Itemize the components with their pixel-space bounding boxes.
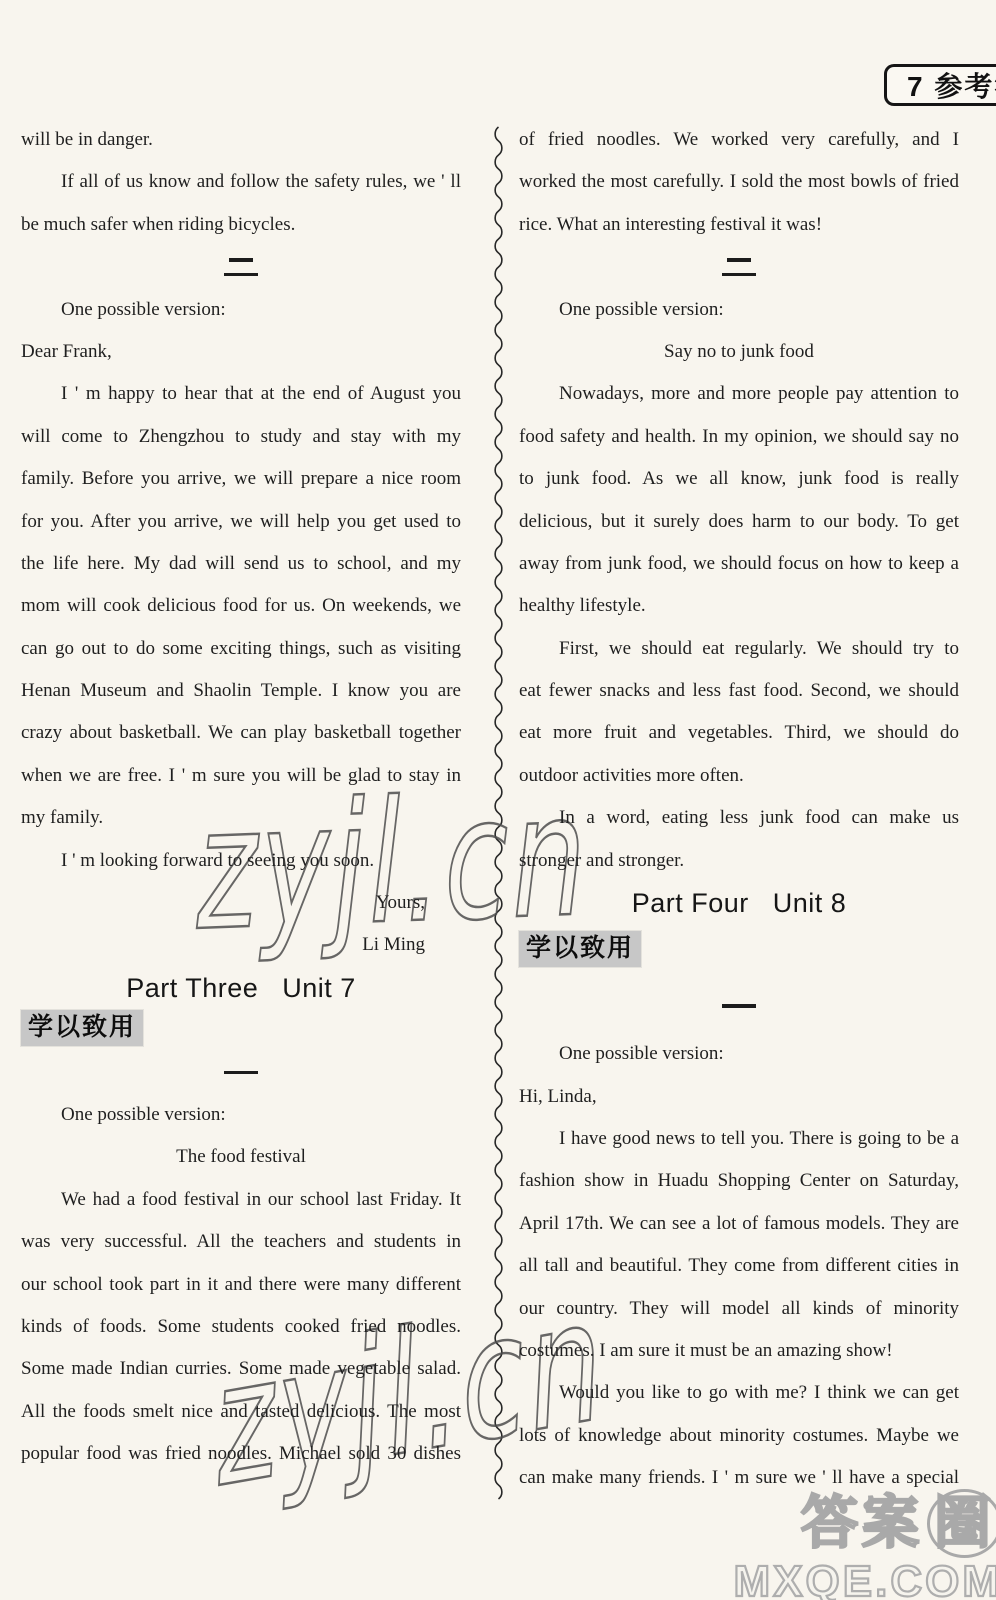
- section-badge-line: 学以致用: [519, 930, 959, 972]
- marker-bar: [722, 1004, 756, 1007]
- text-line: away from junk food, we should focus on …: [519, 543, 959, 585]
- text-line: my family.: [21, 797, 461, 839]
- text-line: can go out to do some exciting things, s…: [21, 628, 461, 670]
- text-line: worked the most carefully. I sold the mo…: [519, 161, 959, 203]
- section-number-marker: [21, 1052, 461, 1094]
- part-unit-heading: Part Four Unit 8: [519, 882, 959, 924]
- left-text-column: will be in danger.If all of us know and …: [21, 119, 461, 1476]
- text-line: One possible version:: [21, 289, 461, 331]
- text-line: stronger and stronger.: [519, 840, 959, 882]
- text-line: If all of us know and follow the safety …: [21, 161, 461, 203]
- text-line: fashion show in Huadu Shopping Center on…: [519, 1160, 959, 1202]
- marker-bar: [722, 273, 756, 276]
- answer-key-page: zyjl.cn zyjl.cn 答案圈 MXQE.COM 7 参考答 will …: [0, 0, 996, 1600]
- text-line: Dear Frank,: [21, 331, 461, 373]
- marker-bar: [229, 258, 253, 261]
- text-line: All the foods smelt nice and tasted deli…: [21, 1391, 461, 1433]
- text-line: will come to Zhengzhou to study and stay…: [21, 416, 461, 458]
- text-line: April 17th. We can see a lot of famous m…: [519, 1203, 959, 1245]
- text-line: I ' m happy to hear that at the end of A…: [21, 373, 461, 415]
- marker-bar: [224, 273, 258, 276]
- text-line: Say no to junk food: [519, 331, 959, 373]
- text-line: kinds of foods. Some students cooked fri…: [21, 1306, 461, 1348]
- text-line: to junk food. As we all know, junk food …: [519, 458, 959, 500]
- text-line: eat fewer snacks and less fast food. Sec…: [519, 670, 959, 712]
- marker-bar: [224, 1071, 258, 1074]
- section-number-marker: [519, 985, 959, 1027]
- text-line: the life here. My dad will send us to sc…: [21, 543, 461, 585]
- text-line: mom will cook delicious food for us. On …: [21, 585, 461, 627]
- text-line: for you. After you arrive, we will help …: [21, 501, 461, 543]
- text-line: outdoor activities more often.: [519, 755, 959, 797]
- text-line: food safety and health. In my opinion, w…: [519, 416, 959, 458]
- text-line: We had a food festival in our school las…: [21, 1179, 461, 1221]
- text-line: First, we should eat regularly. We shoul…: [519, 628, 959, 670]
- text-line: One possible version:: [519, 1033, 959, 1075]
- marker-bar: [727, 258, 751, 261]
- text-line: I have good news to tell you. There is g…: [519, 1118, 959, 1160]
- text-line: Nowadays, more and more people pay atten…: [519, 373, 959, 415]
- text-line: Henan Museum and Shaolin Temple. I know …: [21, 670, 461, 712]
- text-line: In a word, eating less junk food can mak…: [519, 797, 959, 839]
- text-line: our school took part in it and there wer…: [21, 1264, 461, 1306]
- right-text-column: of fried noodles. We worked very careful…: [519, 119, 959, 1500]
- page-number-answers-badge: 7 参考答: [884, 64, 996, 106]
- text-line: The food festival: [21, 1136, 461, 1178]
- xueyizhiyong-badge: 学以致用: [21, 1010, 143, 1046]
- text-line: can make many friends. I ' m sure we ' l…: [519, 1457, 959, 1499]
- xueyizhiyong-badge: 学以致用: [519, 931, 641, 967]
- text-line: all tall and beautiful. They come from d…: [519, 1245, 959, 1287]
- text-line: eat more fruit and vegetables. Third, we…: [519, 712, 959, 754]
- section-number-marker: [519, 246, 959, 288]
- text-line: Hi, Linda,: [519, 1076, 959, 1118]
- text-line: popular food was fried noodles. Michael …: [21, 1433, 461, 1475]
- text-line: healthy lifestyle.: [519, 585, 959, 627]
- watermark-brand-text: 答案: [801, 1491, 923, 1555]
- text-line: family. Before you arrive, we will prepa…: [21, 458, 461, 500]
- text-line: when we are free. I ' m sure you will be…: [21, 755, 461, 797]
- text-line: Yours,: [21, 882, 461, 924]
- text-line: costumes. I am sure it must be an amazin…: [519, 1330, 959, 1372]
- text-line: lots of knowledge about minority costume…: [519, 1415, 959, 1457]
- text-line: One possible version:: [21, 1094, 461, 1136]
- text-line: our country. They will model all kinds o…: [519, 1288, 959, 1330]
- text-line: crazy about basketball. We can play bask…: [21, 712, 461, 754]
- text-line: was very successful. All the teachers an…: [21, 1221, 461, 1263]
- section-number-marker: [21, 246, 461, 288]
- watermark-corner: 答案圈 MXQE.COM: [734, 1489, 996, 1600]
- page-number-answers-label: 7 参考答: [907, 65, 996, 105]
- text-line: One possible version:: [519, 289, 959, 331]
- text-line: Would you like to go with me? I think we…: [519, 1372, 959, 1414]
- text-line: Li Ming: [21, 924, 461, 966]
- text-line: rice. What an interesting festival it wa…: [519, 204, 959, 246]
- text-line: will be in danger.: [21, 119, 461, 161]
- text-line: delicious, but it surely does harm to ou…: [519, 501, 959, 543]
- watermark-site-url: MXQE.COM: [734, 1560, 996, 1600]
- text-line: Some made Indian curries. Some made vege…: [21, 1348, 461, 1390]
- text-line: of fried noodles. We worked very careful…: [519, 119, 959, 161]
- text-line: be much safer when riding bicycles.: [21, 204, 461, 246]
- text-line: I ' m looking forward to seeing you soon…: [21, 840, 461, 882]
- section-badge-line: 学以致用: [21, 1009, 461, 1051]
- part-unit-heading: Part Three Unit 7: [21, 967, 461, 1009]
